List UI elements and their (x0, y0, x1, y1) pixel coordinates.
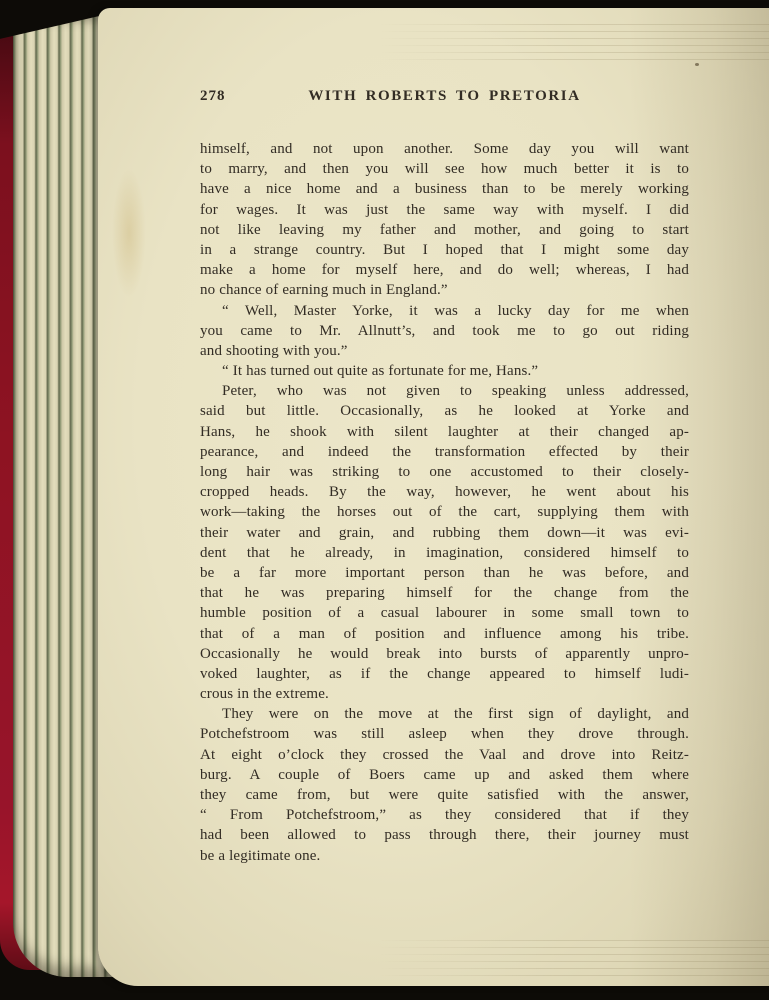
text-line: “ It has turned out quite as fortunate f… (200, 361, 689, 381)
page-text: himself, and not upon another. Some day … (200, 139, 689, 866)
text-line: At eight o’clock they crossed the Vaal a… (200, 745, 689, 765)
text-line: himself, and not upon another. Some day … (200, 139, 689, 159)
page-speck (695, 63, 699, 66)
running-title: WITH ROBERTS TO PRETORIA (200, 88, 689, 105)
text-line: crous in the extreme. (200, 684, 689, 704)
book-page: 278 WITH ROBERTS TO PRETORIA himself, an… (98, 8, 769, 986)
text-line: humble position of a casual labourer in … (200, 603, 689, 623)
text-line: and shooting with you.” (200, 341, 689, 361)
text-line: for wages. It was just the same way with… (200, 200, 689, 220)
page-stain (112, 168, 146, 298)
text-line: they came from, but were quite satisfied… (200, 785, 689, 805)
text-line: have a nice home and a business than to … (200, 179, 689, 199)
text-line: be a far more important person than he w… (200, 563, 689, 583)
page-top-edge-bands (380, 24, 769, 62)
text-line: Occasionally he would break into bursts … (200, 644, 689, 664)
text-line: long hair was striking to one accustomed… (200, 462, 689, 482)
text-line: They were on the move at the first sign … (200, 704, 689, 724)
text-line: that of a man of position and influence … (200, 624, 689, 644)
text-line: dent that he already, in imagination, co… (200, 543, 689, 563)
text-line: to marry, and then you will see how much… (200, 159, 689, 179)
text-line: no chance of earning much in England.” (200, 280, 689, 300)
text-line: “ Well, Master Yorke, it was a lucky day… (200, 301, 689, 321)
text-line: “ From Potchefstroom,” as they considere… (200, 805, 689, 825)
book-scan-photo: 278 WITH ROBERTS TO PRETORIA himself, an… (0, 0, 769, 1000)
text-line: their water and grain, and rubbing them … (200, 523, 689, 543)
text-line: make a home for myself here, and do well… (200, 260, 689, 280)
text-line: that he was preparing himself for the ch… (200, 583, 689, 603)
page-bottom-edge-bands (380, 940, 769, 978)
text-line: said but little. Occasionally, as he loo… (200, 401, 689, 421)
text-line: be a legitimate one. (200, 846, 689, 866)
text-line: burg. A couple of Boers came up and aske… (200, 765, 689, 785)
text-line: voked laughter, as if the change appeare… (200, 664, 689, 684)
text-line: in a strange country. But I hoped that I… (200, 240, 689, 260)
text-line: work—taking the horses out of the cart, … (200, 502, 689, 522)
page-content: 278 WITH ROBERTS TO PRETORIA himself, an… (200, 88, 689, 866)
text-line: Peter, who was not given to speaking unl… (200, 381, 689, 401)
text-line: had been allowed to pass through there, … (200, 825, 689, 845)
text-line: not like leaving my father and mother, a… (200, 220, 689, 240)
text-line: Hans, he shook with silent laughter at t… (200, 422, 689, 442)
text-line: pearance, and indeed the transformation … (200, 442, 689, 462)
page-number: 278 (200, 88, 226, 105)
text-line: you came to Mr. Allnutt’s, and took me t… (200, 321, 689, 341)
text-line: Potchefstroom was still asleep when they… (200, 724, 689, 744)
text-line: cropped heads. By the way, however, he w… (200, 482, 689, 502)
page-header: 278 WITH ROBERTS TO PRETORIA (200, 88, 689, 108)
